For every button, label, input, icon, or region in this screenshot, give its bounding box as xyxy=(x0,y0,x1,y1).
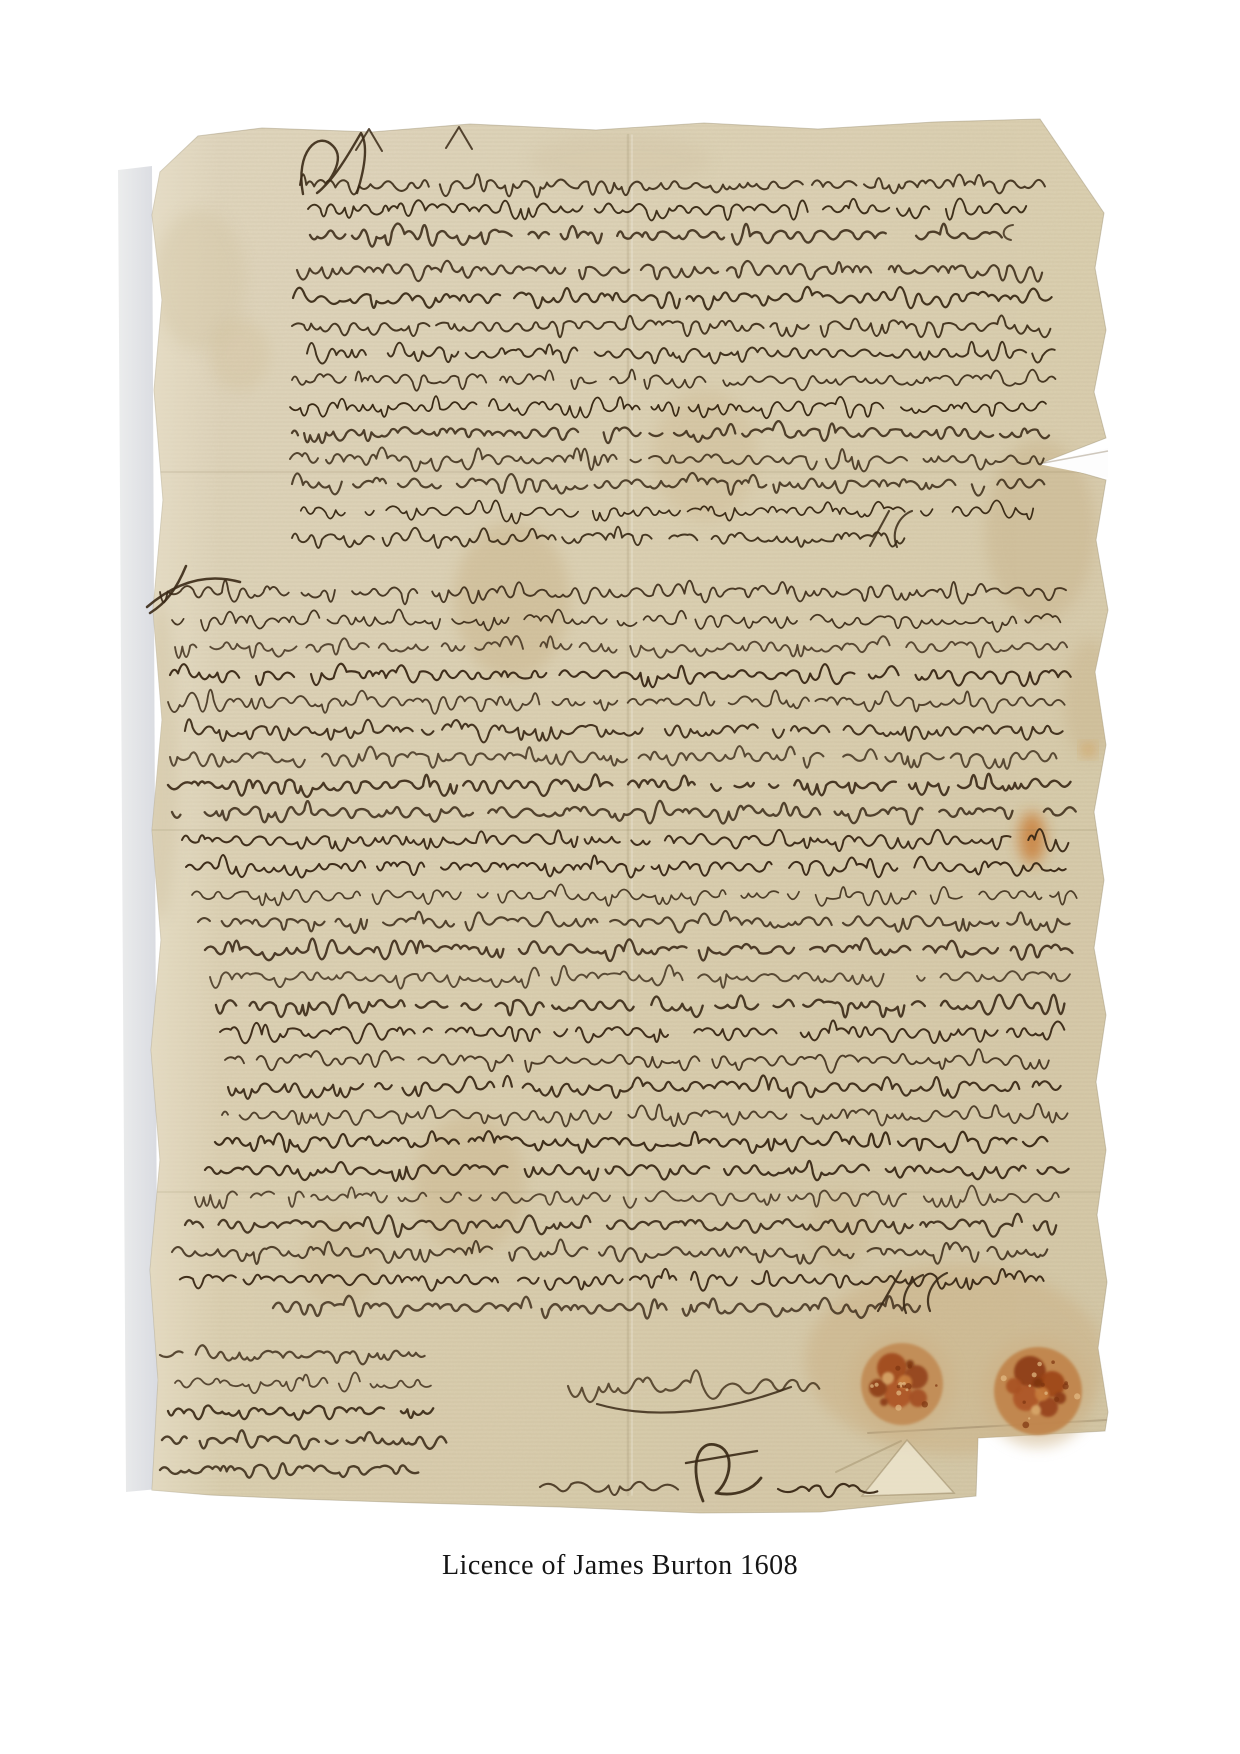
manuscript-scan xyxy=(0,0,1240,1754)
caption: Licence of James Burton 1608 xyxy=(0,1550,1240,1582)
wax-seal-right xyxy=(982,1335,1094,1447)
scan-page: Licence of James Burton 1608 xyxy=(0,0,1240,1754)
wax-seal-left xyxy=(849,1331,955,1437)
